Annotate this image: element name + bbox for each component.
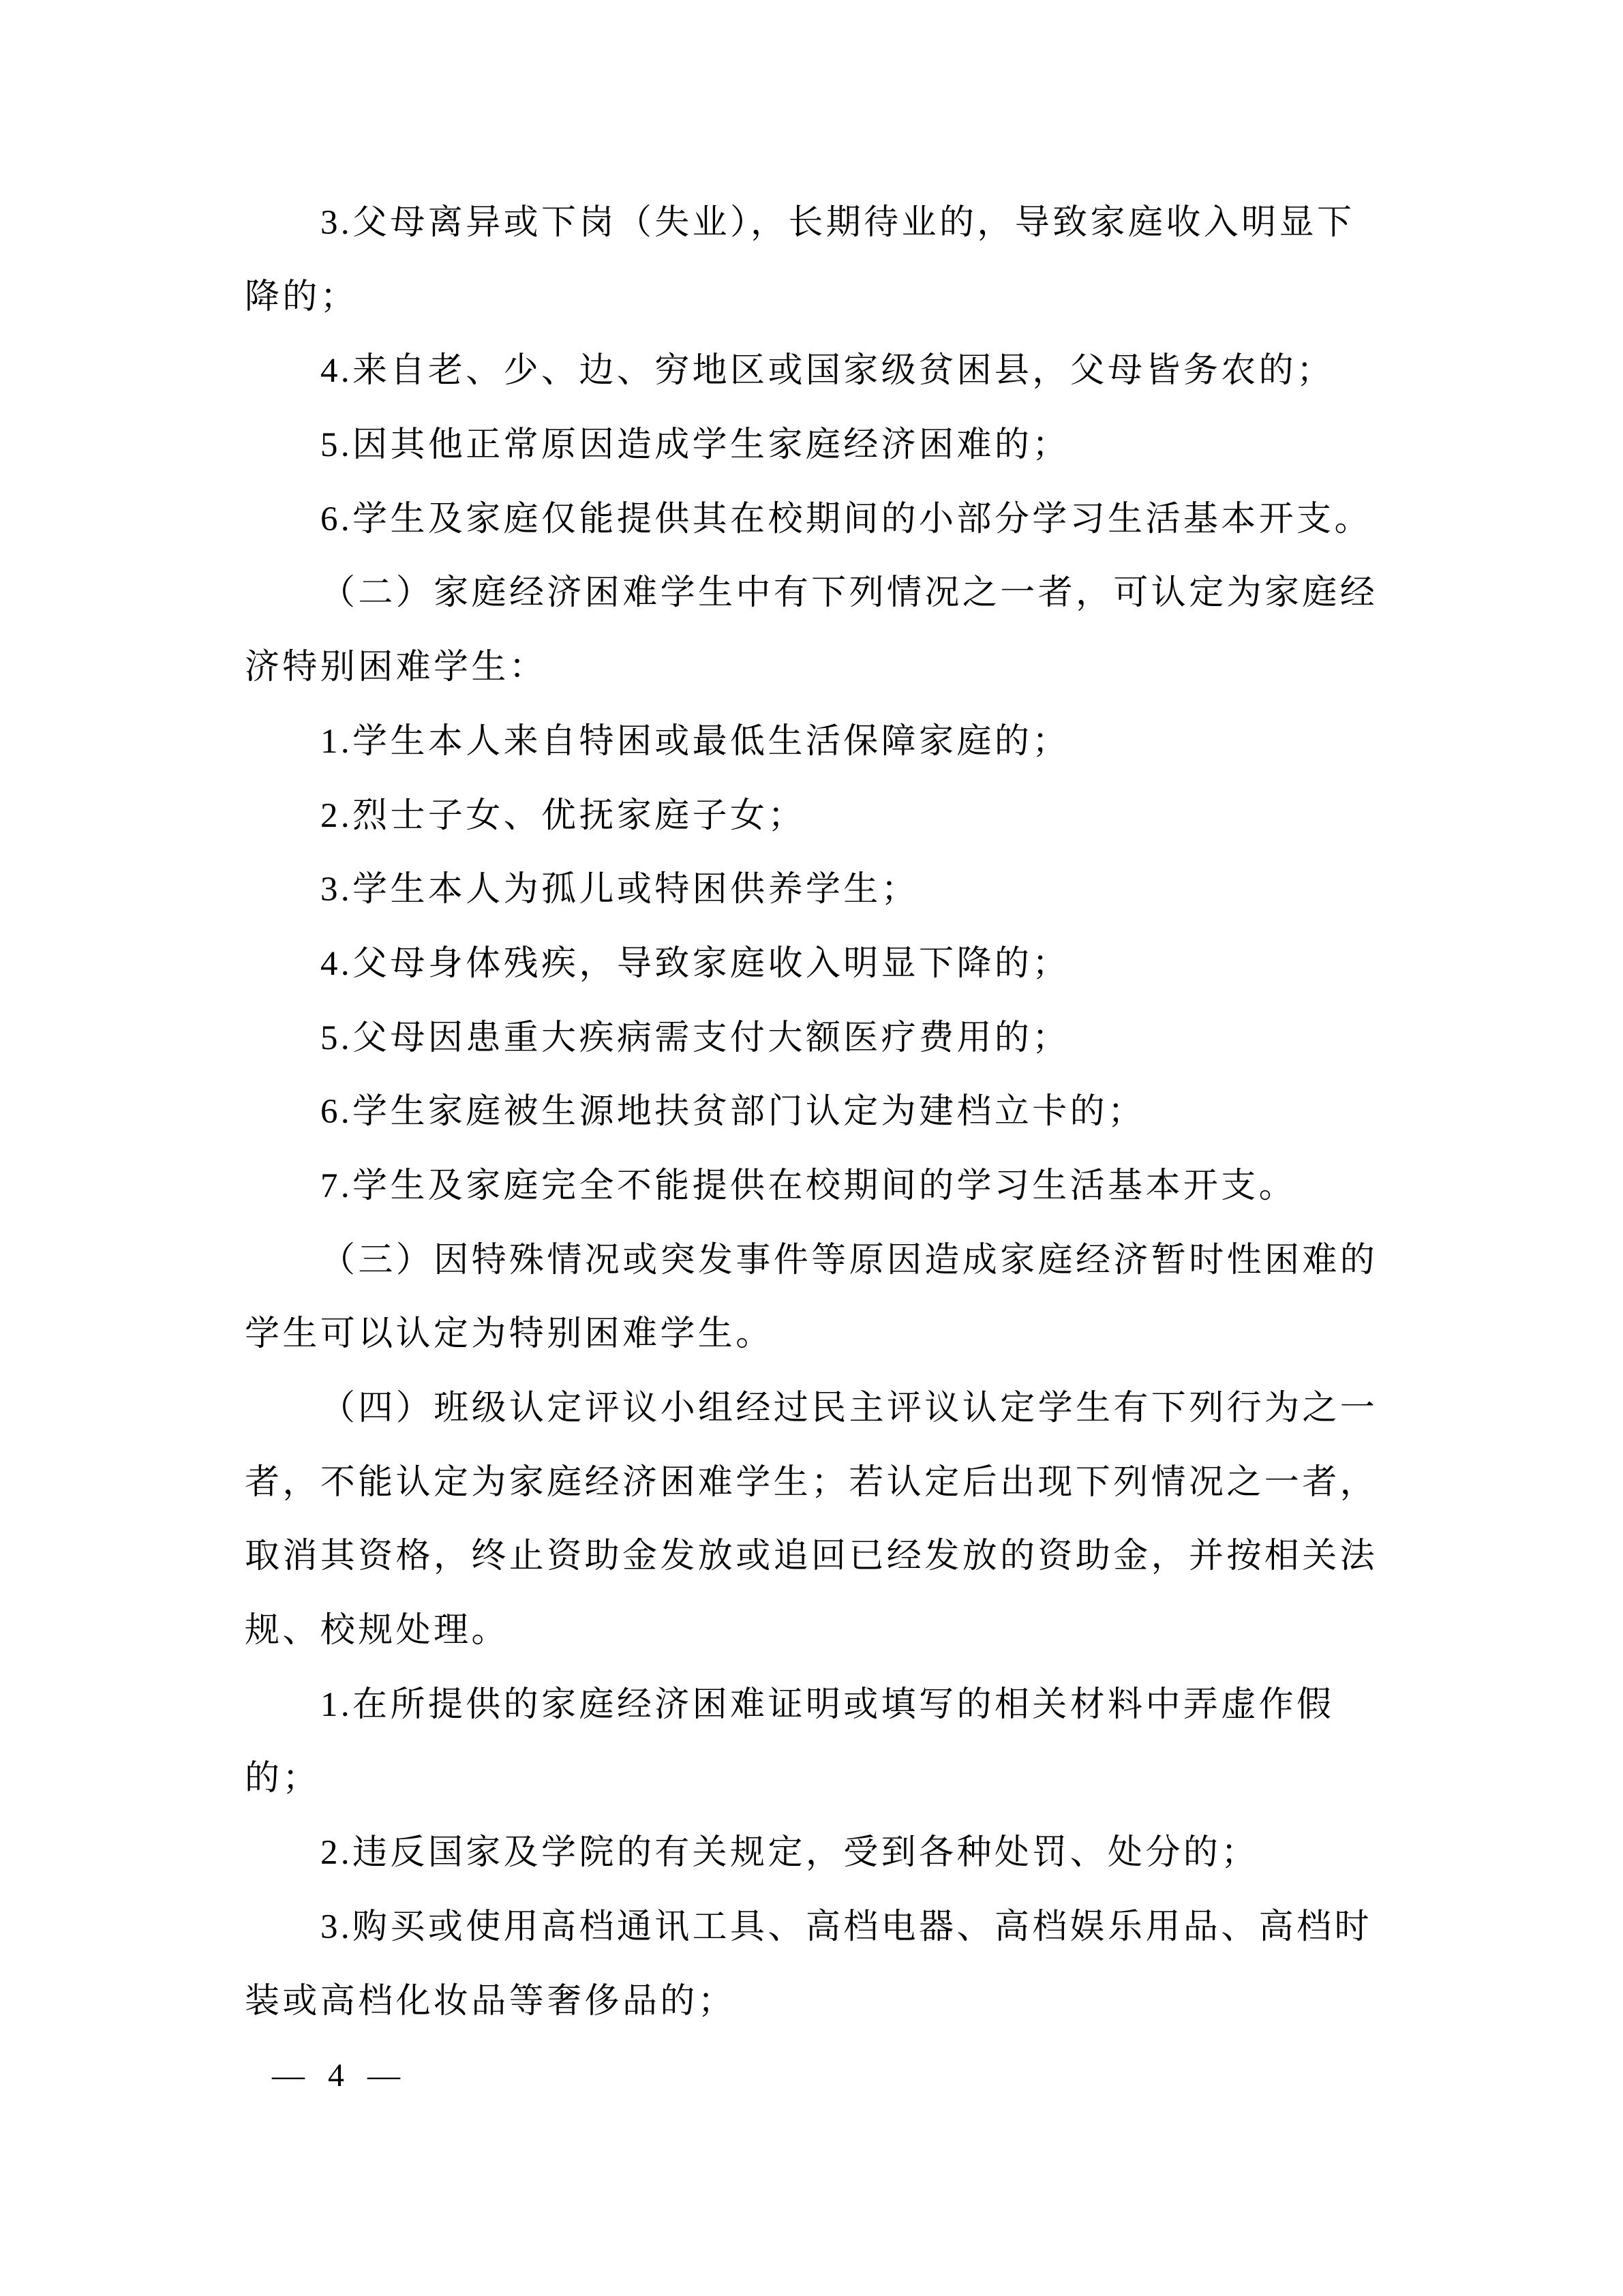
text-line: 4.来自老、少、边、穷地区或国家级贫困县，父母皆务农的； [245,334,1376,408]
text-line: 5.因其他正常原因造成学生家庭经济困难的； [245,408,1376,483]
text-line: （二）家庭经济困难学生中有下列情况之一者，可认定为家庭经 [245,556,1376,631]
body-text: 3.父母离异或下岗（失业），长期待业的，导致家庭收入明显下降的；4.来自老、少、… [245,186,1376,2038]
text-line: 4.父母身体残疾，导致家庭收入明显下降的； [245,927,1376,1001]
text-line: 5.父母因患重大疾病需支付大额医疗费用的； [245,1001,1376,1076]
text-line: 降的； [245,260,1376,335]
text-line: 取消其资格，终止资助金发放或追回已经发放的资助金，并按相关法 [245,1520,1376,1594]
text-line: 7.学生及家庭完全不能提供在校期间的学习生活基本开支。 [245,1149,1376,1224]
document-page: 3.父母离异或下岗（失业），长期待业的，导致家庭收入明显下降的；4.来自老、少、… [0,0,1623,2296]
text-line: 2.烈士子女、优抚家庭子女； [245,779,1376,854]
text-line: （四）班级认定评议小组经过民主评议认定学生有下列行为之一 [245,1372,1376,1446]
page-number: — 4 — [272,2054,408,2098]
text-line: 6.学生及家庭仅能提供其在校期间的小部分学习生活基本开支。 [245,483,1376,557]
text-line: 济特别困难学生： [245,631,1376,705]
text-line: 6.学生家庭被生源地扶贫部门认定为建档立卡的； [245,1075,1376,1149]
text-line: 3.购买或使用高档通讯工具、高档电器、高档娱乐用品、高档时 [245,1890,1376,1965]
text-line: 学生可以认定为特别困难学生。 [245,1297,1376,1372]
text-line: 者，不能认定为家庭经济困难学生；若认定后出现下列情况之一者， [245,1446,1376,1520]
text-line: 2.违反国家及学院的有关规定，受到各种处罚、处分的； [245,1816,1376,1890]
text-line: 1.在所提供的家庭经济困难证明或填写的相关材料中弄虚作假 [245,1668,1376,1742]
text-line: 装或高档化妆品等奢侈品的； [245,1965,1376,2039]
text-line: 3.父母离异或下岗（失业），长期待业的，导致家庭收入明显下 [245,186,1376,260]
text-line: 3.学生本人为孤儿或特困供养学生； [245,853,1376,927]
text-line: 1.学生本人来自特困或最低生活保障家庭的； [245,705,1376,779]
text-line: 的； [245,1742,1376,1816]
text-line: 规、校规处理。 [245,1594,1376,1668]
text-line: （三）因特殊情况或突发事件等原因造成家庭经济暂时性困难的 [245,1224,1376,1298]
